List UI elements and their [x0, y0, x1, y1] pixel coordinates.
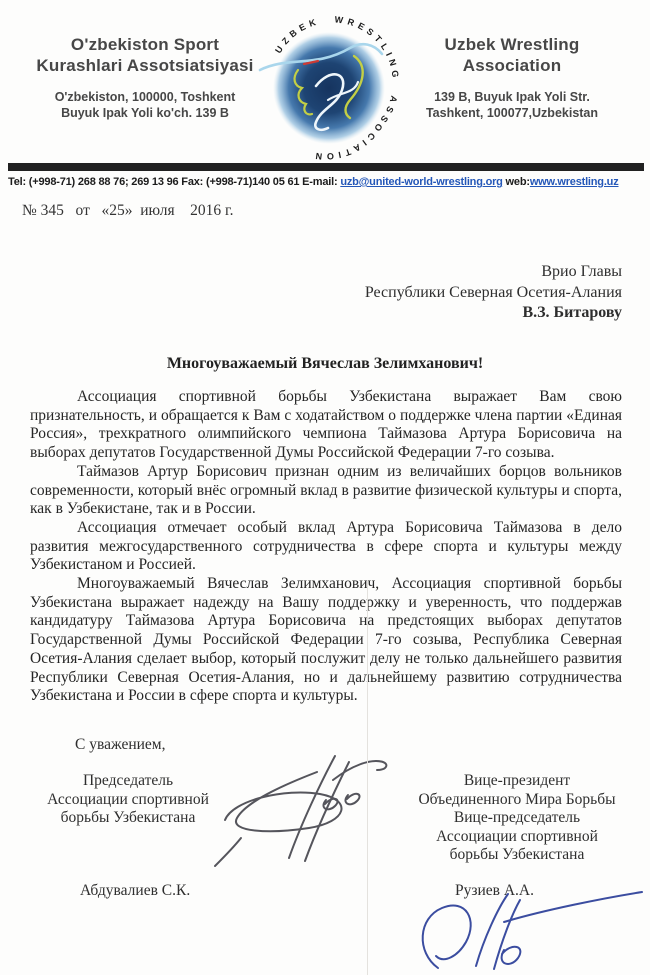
signatory-right-title-line4: Ассоциации спортивной [388, 828, 646, 847]
signatory-right-title-line2: Объединенного Мира Борьбы [388, 791, 646, 810]
org-name-left: O'zbekiston Sport Kurashlari Assotsiatsi… [28, 34, 262, 76]
org-address-left: O'zbekiston, 100000, Toshkent Buyuk Ipak… [28, 89, 262, 121]
signatory-right-title: Вице-президент Объединенного Мира Борьбы… [388, 772, 646, 865]
org-block-uzbek-latin: O'zbekiston Sport Kurashlari Assotsiatsi… [28, 34, 262, 121]
org-block-english: Uzbek Wrestling Association 139 B, Buyuk… [392, 34, 632, 121]
org-name-right-line1: Uzbek Wrestling [392, 34, 632, 55]
org-address-right-line1: 139 B, Buyuk Ipak Yoli Str. [392, 89, 632, 105]
wrestling-logo-icon: UZBEK WRESTLING ASSOCIATION [258, 8, 402, 164]
paragraph-4: Многоуважаемый Вячеслав Зелимханович, Ас… [30, 575, 622, 706]
email-link[interactable]: uzb@united-world-wrestling.org [340, 176, 502, 188]
recipient-name: В.З. Битарову [365, 303, 622, 324]
org-name-left-line2: Kurashlari Assotsiatsiyasi [28, 55, 262, 76]
website-link[interactable]: www.wrestling.uz [530, 176, 619, 188]
contact-line: Tel: (+998-71) 268 88 76; 269 13 96 Fax:… [8, 176, 648, 188]
paragraph-2: Таймазов Артур Борисович признан одним и… [30, 463, 622, 519]
salutation: Многоуважаемый Вячеслав Зелимханович! [0, 355, 650, 373]
recipient-region: Республики Северная Осетия-Алания [365, 283, 622, 304]
org-address-left-line2: Buyuk Ipak Yoli ko'ch. 139 B [28, 105, 262, 121]
closing-phrase: С уважением, [75, 736, 166, 754]
contact-web-label: web: [503, 176, 530, 188]
paragraph-1: Ассоциация спортивной борьбы Узбекистана… [30, 388, 622, 463]
signatory-right-title-line1: Вице-президент [388, 772, 646, 791]
contact-tel-fax: Tel: (+998-71) 268 88 76; 269 13 96 Fax:… [8, 176, 340, 188]
org-name-right: Uzbek Wrestling Association [392, 34, 632, 76]
signatory-right-title-line5: борьбы Узбекистана [388, 846, 646, 865]
org-name-right-line2: Association [392, 55, 632, 76]
signatory-left-title-line1: Председатель [38, 772, 218, 791]
recipient-position: Врио Главы [365, 262, 622, 283]
signatory-left-title: Председатель Ассоциации спортивной борьб… [38, 772, 218, 828]
signatory-right-title-line3: Вице-председатель [388, 809, 646, 828]
signatory-left-title-line2: Ассоциации спортивной [38, 791, 218, 810]
signatory-left-title-line3: борьбы Узбекистана [38, 809, 218, 828]
scan-crease-line [367, 580, 368, 975]
document-number-date: № 345 от «25» июля 2016 г. [22, 202, 233, 220]
scanned-letter-page: O'zbekiston Sport Kurashlari Assotsiatsi… [0, 0, 650, 975]
header-divider-bar [8, 163, 644, 171]
org-address-right-line2: Tashkent, 100077,Uzbekistan [392, 105, 632, 121]
org-name-left-line1: O'zbekiston Sport [28, 34, 262, 55]
signature-ruziev [408, 886, 646, 974]
letter-body: Ассоциация спортивной борьбы Узбекистана… [30, 388, 622, 706]
signatory-left-name: Абдувалиев С.К. [80, 882, 190, 900]
org-address-right: 139 B, Buyuk Ipak Yoli Str. Tashkent, 10… [392, 89, 632, 121]
association-logo: UZBEK WRESTLING ASSOCIATION [258, 8, 402, 164]
recipient-block: Врио Главы Республики Северная Осетия-Ал… [365, 262, 622, 324]
org-address-left-line1: O'zbekiston, 100000, Toshkent [28, 89, 262, 105]
paragraph-3: Ассоциация отмечает особый вклад Артура … [30, 519, 622, 575]
